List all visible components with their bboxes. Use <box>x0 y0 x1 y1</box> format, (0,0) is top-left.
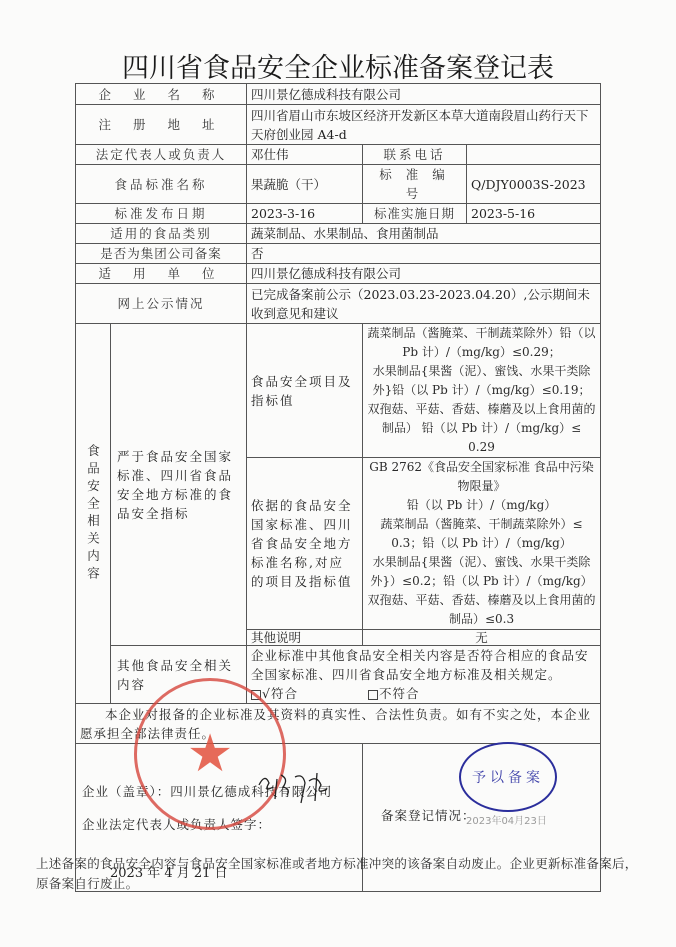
safety-item-vegetable: 蔬菜制品（酱腌菜、干制蔬菜除外）铅（以 Pb 计）/（mg/kg）≤0.29； <box>367 324 596 362</box>
safety-item-fruit: 水果制品{果酱（泥）、蜜饯、水果干类除外}铅（以 Pb 计）/（mg/kg）≤0… <box>367 362 596 400</box>
phone-value <box>467 145 601 165</box>
row-address: 注 册 地 址 四川省眉山市东坡区经济开发新区本草大道南段眉山药行天下天府创业园… <box>76 105 601 145</box>
address-value: 四川省眉山市东坡区经济开发新区本草大道南段眉山药行天下天府创业园 A4-d <box>247 105 601 145</box>
legal-rep-value: 邓仕伟 <box>247 145 363 165</box>
release-date-label: 标准发布日期 <box>76 204 247 224</box>
other-content-label: 其他食品安全相关内容 <box>111 646 247 704</box>
implementation-date-label: 标准实施日期 <box>363 204 467 224</box>
approval-stamp-date: 2023年04月23日 <box>466 812 547 827</box>
other-content-value: 企业标准中其他食品安全相关内容是否符合相应的食品安全国家标准、四川省食品安全地方… <box>247 646 601 704</box>
handwritten-signature <box>255 765 339 805</box>
checkbox-comply[interactable] <box>251 690 261 700</box>
phone-label: 联系电话 <box>363 145 467 165</box>
implementation-date-value: 2023-5-16 <box>467 204 601 224</box>
row-standard-name: 食品标准名称 果蔬脆（干） 标 准 编 号 Q/DJY0003S-2023 <box>76 165 601 204</box>
address-label: 注 册 地 址 <box>76 105 247 145</box>
basis-label: 依据的食品安全国家标准、四川省食品安全地方标准名称,对应的项目及指标值 <box>247 458 363 630</box>
row-legal-rep: 法定代表人或负责人 邓仕伟 联系电话 <box>76 145 601 165</box>
company-name-label: 企 业 名 称 <box>76 84 247 105</box>
stricter-indicators-label: 严于食品安全国家标准、四川省食品安全地方标准的食品安全指标 <box>111 324 247 646</box>
standard-number-label: 标 准 编 号 <box>363 165 467 204</box>
checkbox-not-comply[interactable] <box>368 690 378 700</box>
basis-mushroom: 双孢菇、平菇、香菇、榛蘑及以上食用菌的制品）≤0.3 <box>367 591 596 629</box>
basis-lead-unit: 铅（以 Pb 计）/（mg/kg） <box>367 496 596 515</box>
option-not-comply-label: 不符合 <box>379 686 420 701</box>
company-name-value: 四川景亿德成科技有限公司 <box>247 84 601 105</box>
group-filing-label: 是否为集团公司备案 <box>76 244 247 264</box>
online-notice-value: 已完成备案前公示（2023.03.23-2023.04.20）,公示期间未收到意… <box>247 284 601 324</box>
safety-item-mushroom: 双孢菇、平菇、香菇、榛蘑及以上食用菌的制品） 铅（以 Pb 计）/（mg/kg）… <box>367 400 596 457</box>
legal-rep-label: 法定代表人或负责人 <box>76 145 247 165</box>
online-notice-label: 网上公示情况 <box>76 284 247 324</box>
safety-section-label: 食品安全相关内容 <box>76 324 111 704</box>
row-online-notice: 网上公示情况 已完成备案前公示（2023.03.23-2023.04.20）,公… <box>76 284 601 324</box>
basis-value: GB 2762《食品安全国家标准 食品中污染物限量》 铅（以 Pb 计）/（mg… <box>363 458 601 630</box>
basis-standard: GB 2762《食品安全国家标准 食品中污染物限量》 <box>367 458 596 496</box>
standard-name-label: 食品标准名称 <box>76 165 247 204</box>
rep-signature-label: 企业法定代表人或负责人签字： <box>82 815 362 834</box>
company-seal-label: 企业（盖章）： <box>82 784 170 799</box>
approval-stamp: 予以备案 <box>459 742 557 812</box>
safety-items-value: 蔬菜制品（酱腌菜、干制蔬菜除外）铅（以 Pb 计）/（mg/kg）≤0.29； … <box>363 324 601 458</box>
compliance-options: √符合 不符合 <box>251 684 596 703</box>
row-food-category: 适用的食品类别 蔬菜制品、水果制品、食用菌制品 <box>76 224 601 244</box>
standard-number-value: Q/DJY0003S-2023 <box>467 165 601 204</box>
applicable-unit-label: 适 用 单 位 <box>76 264 247 284</box>
registration-label: 备案登记情况： <box>381 806 476 825</box>
document-title: 四川省食品安全企业标准备案登记表 <box>0 46 676 85</box>
row-company-name: 企 业 名 称 四川景亿德成科技有限公司 <box>76 84 601 105</box>
row-other-content: 其他食品安全相关内容 企业标准中其他食品安全相关内容是否符合相应的食品安全国家标… <box>76 646 601 704</box>
safety-items-label: 食品安全项目及指标值 <box>247 324 363 458</box>
food-category-label: 适用的食品类别 <box>76 224 247 244</box>
row-declaration: 本企业对报备的企业标准及其资料的真实性、合法性负责。如有不实之处，本企业愿承担全… <box>76 704 601 744</box>
option-comply-label: √符合 <box>262 686 298 701</box>
group-filing-value: 否 <box>247 244 601 264</box>
release-date-value: 2023-3-16 <box>247 204 363 224</box>
standard-name-value: 果蔬脆（干） <box>247 165 363 204</box>
row-release-date: 标准发布日期 2023-3-16 标准实施日期 2023-5-16 <box>76 204 601 224</box>
footer-note: 上述备案的食品安全内容与食品安全国家标准或者地方标准冲突的该备案自动废止。企业更… <box>36 854 641 894</box>
row-applicable-unit: 适 用 单 位 四川景亿德成科技有限公司 <box>76 264 601 284</box>
other-note-label: 其他说明 <box>247 630 363 646</box>
basis-fruit: 水果制品{果酱（泥）、蜜饯、水果干类除外}）≤0.2；铅（以 Pb 计）/（mg… <box>367 553 596 591</box>
row-safety-items: 食品安全相关内容 严于食品安全国家标准、四川省食品安全地方标准的食品安全指标 食… <box>76 324 601 458</box>
other-note-value: 无 <box>363 630 601 646</box>
row-group-filing: 是否为集团公司备案 否 <box>76 244 601 264</box>
food-category-value: 蔬菜制品、水果制品、食用菌制品 <box>247 224 601 244</box>
applicable-unit-value: 四川景亿德成科技有限公司 <box>247 264 601 284</box>
declaration-text: 本企业对报备的企业标准及其资料的真实性、合法性负责。如有不实之处，本企业愿承担全… <box>76 704 601 744</box>
basis-vegetable: 蔬菜制品（酱腌菜、干制蔬菜除外）≤ 0.3；铅（以 Pb 计）/（mg/kg） <box>367 515 596 553</box>
other-content-text: 企业标准中其他食品安全相关内容是否符合相应的食品安全国家标准、四川省食品安全地方… <box>251 646 596 684</box>
